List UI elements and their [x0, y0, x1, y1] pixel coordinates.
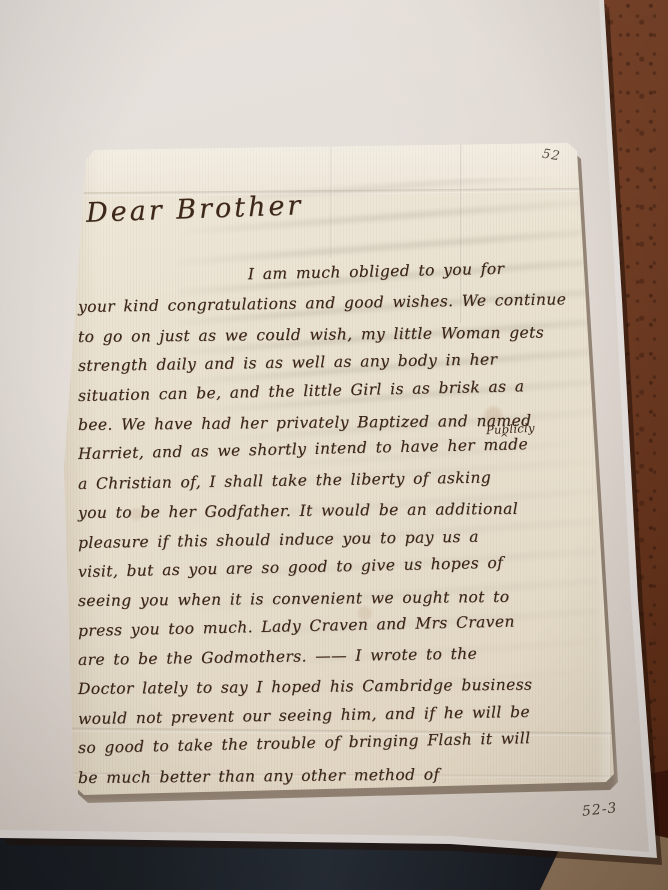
insertion-word: Publicly — [486, 421, 536, 438]
letter-sheet: 52 Dear Brother I am much obliged to you… — [58, 138, 616, 798]
photo-of-handwritten-letter: 52-3 52 Dear Brother I am much obliged t… — [0, 0, 668, 890]
archival-number-annotation: 52-3 — [581, 800, 618, 820]
interline-insertion: Publicly ^ — [486, 422, 535, 444]
page-number-annotation: 52 — [541, 147, 562, 165]
letter-body: I am much obliged to you for your kind c… — [78, 264, 608, 793]
